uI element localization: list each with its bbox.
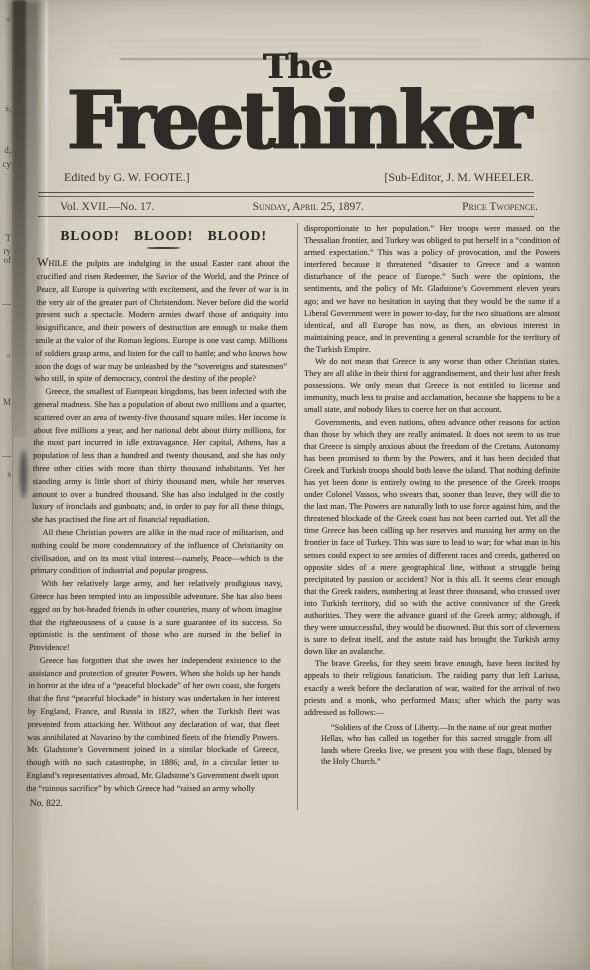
article-paragraph: With her relatively large army, and her … <box>29 578 283 655</box>
article-paragraph: Governments, and even nations, often adv… <box>304 417 560 659</box>
volume-issue-label: Vol. XVII.—No. 17. <box>60 201 154 213</box>
issue-date-label: Sunday, April 25, 1897. <box>253 201 364 213</box>
gutter-shadow-core <box>13 0 26 437</box>
right-column: disproportionate to her population.” Her… <box>304 223 560 810</box>
article-paragraph: Greece, the smallest of European kingdom… <box>32 386 287 527</box>
issue-number-footer: No. 822. <box>26 798 278 811</box>
newspaper-page: The Freethinker Edited by G. W. FOOTE.] … <box>34 0 590 970</box>
masthead-rule-top <box>38 192 534 197</box>
issue-row: Vol. XVII.—No. 17. Sunday, April 25, 189… <box>34 201 560 213</box>
article-paragraph: All these Christian powers are alike in … <box>31 527 284 578</box>
article-paragraph: disproportionate to her population.” Her… <box>304 223 560 356</box>
editor-row: Edited by G. W. FOOTE.] [Sub-Editor, J. … <box>34 170 560 185</box>
masthead: The Freethinker Edited by G. W. FOOTE.] … <box>34 50 590 219</box>
price-label: Price Twopence. <box>462 201 538 213</box>
article-paragraph: We do not mean that Greece is any worse … <box>304 356 560 416</box>
blessing-quote: “Soldiers of the Cross of Liberty.—In th… <box>321 722 552 768</box>
article-heading: BLOOD! BLOOD! BLOOD! <box>38 230 290 243</box>
left-column: BLOOD! BLOOD! BLOOD! WHILE the pulpits a… <box>26 223 290 810</box>
article-paragraph: Greece has forgotten that she owes her i… <box>26 655 281 796</box>
newspaper-scan: =s,d,cyTryof—=M—s The Freethinker Edited… <box>0 0 590 970</box>
column-divider <box>297 223 298 810</box>
article-paragraph: The brave Greeks, for they seem brave en… <box>304 658 560 718</box>
masthead-title: Freethinker <box>34 78 560 165</box>
article-body: BLOOD! BLOOD! BLOOD! WHILE the pulpits a… <box>34 223 590 810</box>
sub-editor-label: [Sub-Editor, J. M. WHEELER. <box>384 170 534 185</box>
heading-rule <box>146 247 180 249</box>
masthead-rule-bottom <box>38 216 534 219</box>
article-paragraph: WHILE the pulpits are indulging in the u… <box>35 256 290 386</box>
ink-smudge <box>20 450 27 498</box>
edited-by-label: Edited by G. W. FOOTE.] <box>64 170 190 185</box>
